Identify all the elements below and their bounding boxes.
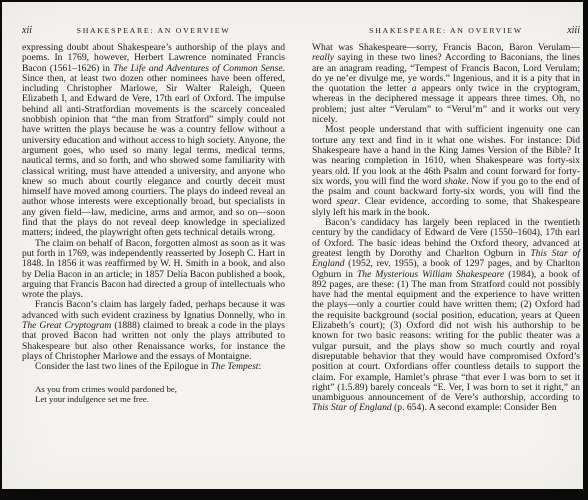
body-text: Consider the last two lines of the Epilo… xyxy=(35,361,211,372)
body-text: . Since then, at least two dozen other n… xyxy=(22,63,285,239)
running-header-right: SHAKESPEARE: AN OVERVIEW xyxy=(354,26,538,35)
verse-line: As you from crimes would pardoned be, xyxy=(35,384,285,394)
paragraph: Francis Bacon’s claim has largely faded,… xyxy=(22,300,285,362)
verse-line: Let your indulgence set me free. xyxy=(35,394,285,404)
paragraph: Bacon’s candidacy has largely been repla… xyxy=(312,218,580,414)
body-text: (1984), a book of 892 pages, are these: … xyxy=(312,269,580,404)
page-number-left: xii xyxy=(22,25,64,36)
italic-text: This Star of England xyxy=(312,402,392,413)
page-right: SHAKESPEARE: AN OVERVIEW xiii What was S… xyxy=(312,25,580,414)
italic-text: The Tempest xyxy=(211,361,259,372)
paragraph: What was Shakespeare—sorry, Francis Baco… xyxy=(312,43,580,125)
page-body-right: What was Shakespeare—sorry, Francis Baco… xyxy=(312,43,580,414)
body-text: The claim on behalf of Bacon, forgotten … xyxy=(22,238,285,300)
page-right-header: SHAKESPEARE: AN OVERVIEW xiii xyxy=(312,25,580,39)
paragraph: Most people understand that with suffici… xyxy=(312,125,580,218)
page-left-header: xii SHAKESPEARE: AN OVERVIEW xyxy=(22,25,285,39)
body-text: : xyxy=(258,361,261,372)
paragraph: expressing doubt about Shakespeare’s aut… xyxy=(22,43,285,239)
scan-border-top xyxy=(0,0,588,2)
scan-border-left xyxy=(0,0,2,500)
body-text: Francis Bacon’s claim has largely faded,… xyxy=(22,299,285,320)
verse-quote: As you from crimes would pardoned be,Let… xyxy=(35,384,285,404)
scan-border-bottom xyxy=(0,489,588,500)
page-number-right: xiii xyxy=(538,25,580,36)
paragraph: Consider the last two lines of the Epilo… xyxy=(22,362,285,372)
scan-border-right xyxy=(583,0,588,500)
book-scan: xii SHAKESPEARE: AN OVERVIEW expressing … xyxy=(0,0,588,500)
running-header-left: SHAKESPEARE: AN OVERVIEW xyxy=(64,26,243,35)
page-left: xii SHAKESPEARE: AN OVERVIEW expressing … xyxy=(22,25,285,404)
page-body-left: expressing doubt about Shakespeare’s aut… xyxy=(22,43,285,404)
paragraph: The claim on behalf of Bacon, forgotten … xyxy=(22,239,285,301)
body-text: (p. 654). A second example: Consider Ben xyxy=(392,402,557,413)
